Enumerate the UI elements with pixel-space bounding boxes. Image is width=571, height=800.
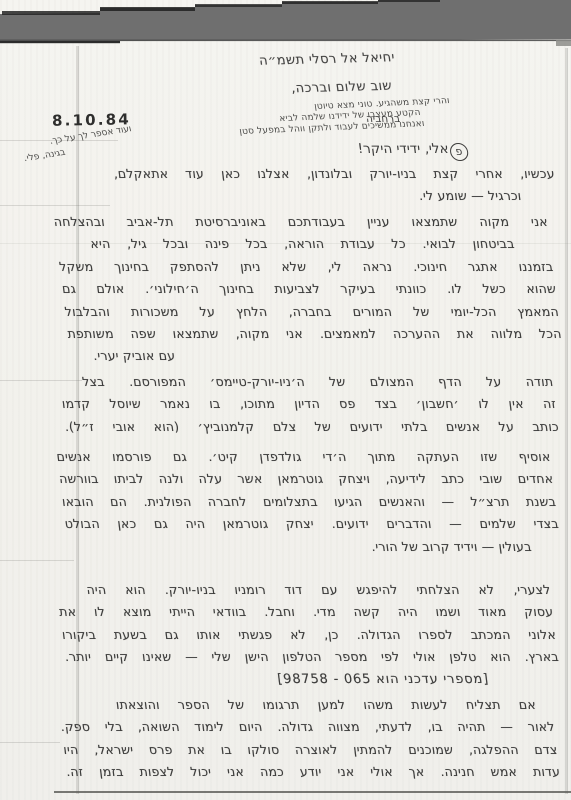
paragraph-1: עכשיו, אחרי קצת בניו-יורק ובלונדון, אצלנ…: [59, 163, 558, 208]
scanner-band-gray: [0, 0, 571, 42]
circled-initial: פ: [449, 143, 469, 161]
margin-side-note: ועוד אספר לך על כך. בגינה, פלי.: [2, 123, 137, 169]
letter-line: עסוק מאוד ושמו היה קשה מדי. וחבל. בוודאי…: [58, 601, 555, 623]
crease-line: [0, 742, 60, 743]
crease-line: [0, 560, 74, 561]
band-step: [378, 0, 440, 2]
letter-line: בצדי שלמים — והדברים ידועים. יצחק גוטרמא…: [63, 513, 560, 535]
letter-line: בארץ. הוא טלפן אולי לפי מספר הטלפון הישן…: [63, 646, 560, 668]
letter-line: המאמץ הכל-יומי של המורים בחברה, הלחץ על …: [63, 301, 560, 323]
band-bottom-edge: [0, 40, 571, 42]
band-step: [100, 7, 195, 11]
band-step: [282, 1, 378, 4]
letter-line: כותב על אנשים בלתי ידועים של צלם קלמנובי…: [63, 416, 560, 438]
letter-line: עם אוביק יערי.: [92, 345, 566, 367]
scanned-letter-page: יחיאל אל רסלי תשמ״ה שוב שלום וברכה, והרי…: [0, 0, 571, 800]
letter-line: בעולין — וידיד קרוב של הורי.: [66, 536, 533, 558]
letter-line: לאור — תהיה בו, לדעתי, מצווה גדולה. היום…: [59, 716, 556, 738]
band-step: [195, 4, 282, 7]
letter-line: לצערי, לא הצלחתי להיפגש עם דוד רומניו בנ…: [85, 579, 552, 601]
paragraph-5: לצערי, לא הצלחתי להיפגש עם דוד רומניו בנ…: [55, 579, 563, 691]
paragraph-6: אם תצליח לעשות משהו למען תרגומו של הספר …: [57, 694, 562, 784]
letter-place: ברחביה: [365, 113, 400, 125]
letter-line: עכשיו, אחרי קצת בניו-יורק ובלונדון, אצלנ…: [112, 163, 556, 185]
letter-line: [מספרי עדכני הוא 065 - 98758]: [276, 669, 563, 691]
letter-line: אני מקוה שתמצאו עניין בעבודתכם באוניברסי…: [52, 211, 549, 233]
letter-line: בביטחון לבואי. כל עבודת הוראה, בכל פינה …: [89, 233, 516, 255]
scanner-band: [0, 0, 571, 52]
page-bottom-edge: [54, 791, 571, 793]
letter-line: עדות אמש חנינה. אך אולי אני יודע כמה אני…: [65, 761, 562, 783]
paragraph-4: אוסיף שזו העתקה מתוך ה׳די גולדפדן קיט׳. …: [55, 446, 563, 558]
paragraph-3: תודה על הדף המצולם של ה׳ניו-יורק-טיימס׳ …: [58, 371, 560, 438]
letter-line: אוסיף שזו העתקה מתוך ה׳די גולדפדן קיט׳. …: [55, 446, 552, 468]
letter-date: 8.10.84: [52, 110, 131, 129]
greeting-line: פאלי, ידידי היקר!: [357, 141, 469, 161]
vertical-fold-line-right: [565, 48, 568, 794]
letter-line: הכל מלווה את ההערכה למאמצים. אני מקוה, ש…: [66, 323, 563, 345]
letter-line: אם תצליח לעשות משהו למען תרגומו של הספר …: [115, 694, 538, 716]
header-blessing-line: שוב שלום וברכה,: [290, 79, 393, 97]
letter-line: וכרגיל — שומע לי.: [62, 185, 523, 207]
letter-line: אחדים שובי כתב לידיעה, ויצחק גוטרמאן אשר…: [58, 468, 555, 490]
band-step: [2, 11, 100, 15]
letter-line: בשנת תרצ״ל — והאנשים הגיעו בתצלומים לחבר…: [61, 491, 558, 513]
greeting-text: אלי, ידידי היקר!: [357, 141, 450, 157]
letter-line: זה אין לו ׳חשבון׳ בצד פס הדיון מתוכו, בו…: [61, 393, 558, 415]
header-addressee-line: יחיאל אל רסלי תשמ״ה: [258, 50, 396, 69]
letter-line: צדם ההפלגה, שמוכנים להמתין לאוצרה סולקו …: [62, 739, 559, 761]
letter-line: בזמננו אתגר חינוכי. נראה לי, שלא ניתן לה…: [58, 256, 555, 278]
paragraph-2: אני מקוה שתמצאו עניין בעבודתכם באוניברסי…: [52, 211, 565, 368]
band-bottom-line-left: [0, 41, 120, 43]
letter-line: תודה על הדף המצולם של ה׳ניו-יורק-טיימס׳ …: [81, 371, 555, 393]
letter-line: שהוא כשל לו. כוונתי בעיקר לצביעות בחינוך…: [61, 278, 558, 300]
letter-line: אלוני המכתב לספרו הגדולה. כן, לא פגשתי א…: [61, 624, 558, 646]
band-right-tab: [556, 40, 571, 46]
